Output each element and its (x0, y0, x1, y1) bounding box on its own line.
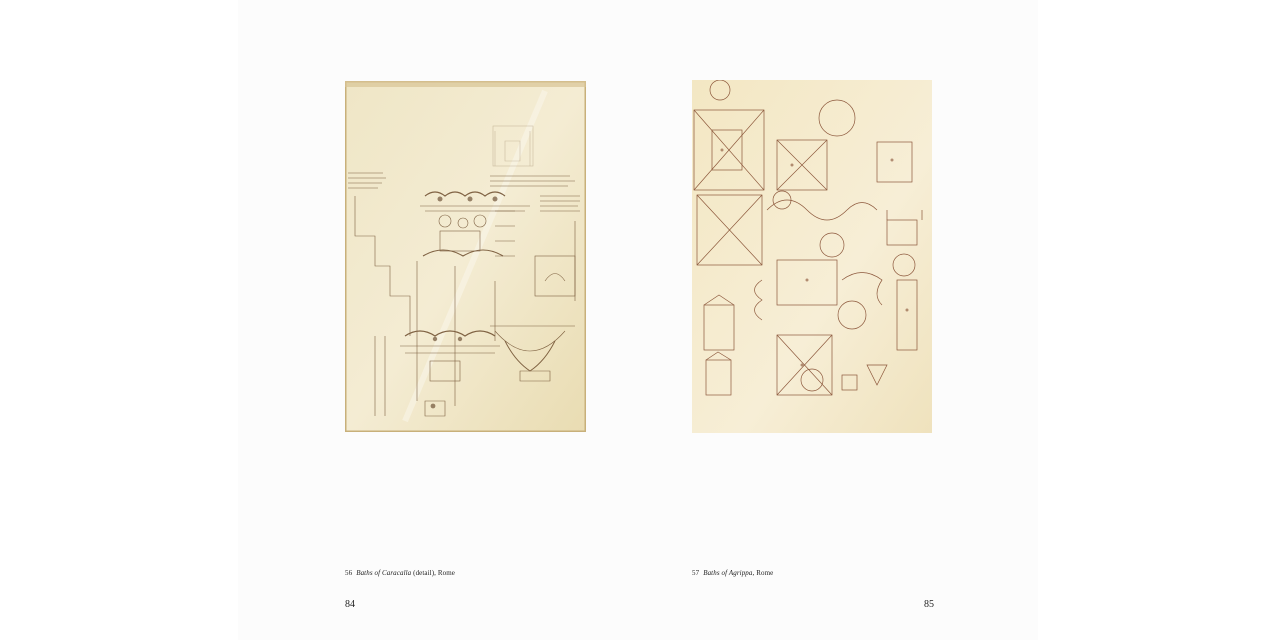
caption-number: 57 (692, 569, 699, 577)
drawing-caracalla-image (345, 81, 586, 432)
caption-title: Baths of Caracalla (356, 569, 411, 577)
caption-title: Baths of Agrippa (703, 569, 752, 577)
plate-baths-of-caracalla (345, 81, 586, 432)
caption-left: 56Baths of Caracalla (detail), Rome (345, 569, 455, 577)
caption-number: 56 (345, 569, 352, 577)
caption-right: 57Baths of Agrippa, Rome (692, 569, 773, 577)
caption-suffix: (detail), Rome (411, 569, 455, 577)
page-number-left: 84 (345, 599, 355, 610)
plate-baths-of-agrippa (692, 80, 932, 433)
page-number-right: 85 (924, 599, 934, 610)
caption-suffix: , Rome (753, 569, 774, 577)
book-spread: 56Baths of Caracalla (detail), Rome 57Ba… (238, 0, 1038, 640)
drawing-agrippa-image (692, 80, 932, 433)
